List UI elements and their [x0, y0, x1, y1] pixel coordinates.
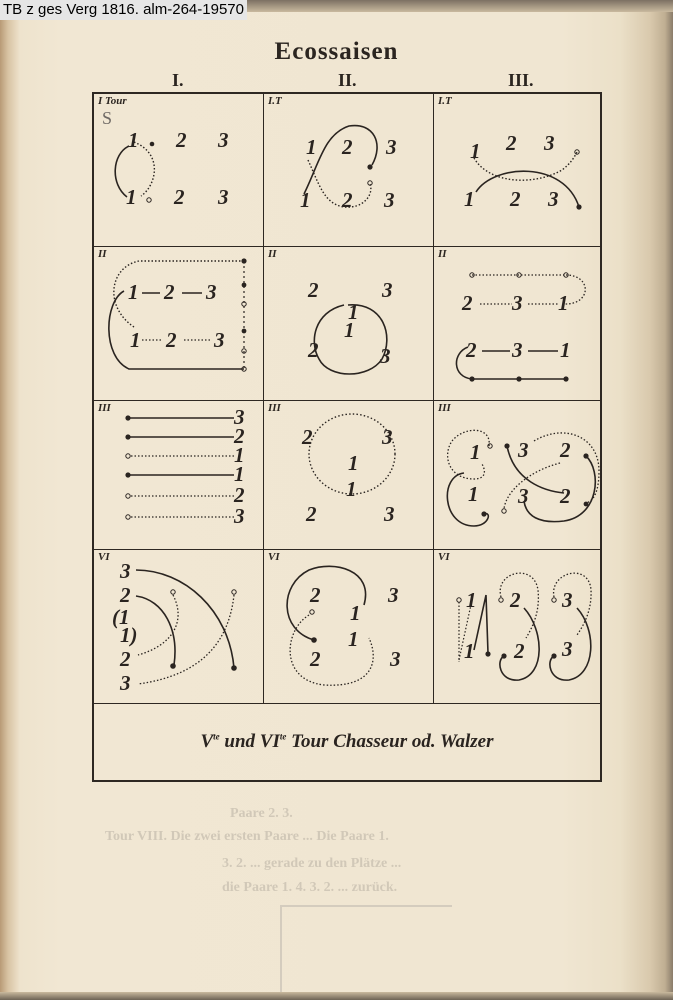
svg-text:1: 1	[130, 328, 141, 352]
figure-cell-r3c1: III 3 2 1 1 2 3	[94, 401, 264, 550]
scan-bottom-edge	[0, 992, 673, 1000]
column-header-2: II.	[338, 70, 357, 91]
svg-text:1: 1	[470, 139, 481, 163]
svg-text:2: 2	[119, 647, 131, 671]
bleed-through-line: die Paare 1. 4. 3. 2. ... zurück.	[222, 880, 397, 896]
column-header-1: I.	[172, 70, 184, 91]
dance-figure-diagram: 3 2 1 1 2 3	[94, 401, 264, 550]
figure-cell-r3c2: III 2 3 1 1 2 3	[264, 401, 434, 550]
svg-text:2: 2	[509, 588, 521, 612]
bleed-through-line: Paare 2. 3.	[230, 806, 293, 822]
dance-figure-diagram: S 1 2 3 1 2 3	[94, 94, 264, 247]
dance-figure-diagram: 2 3 1 1 2 3	[264, 550, 434, 704]
svg-text:1: 1	[350, 601, 361, 625]
svg-text:2: 2	[341, 188, 353, 212]
figure-cell-r2c2: II 2 3 1 1 2 3	[264, 247, 434, 401]
svg-text:2: 2	[461, 291, 473, 315]
svg-text:1: 1	[344, 318, 355, 342]
svg-text:2: 2	[465, 338, 477, 362]
svg-text:1: 1	[126, 185, 137, 209]
dance-figure-diagram: 1 2 3 1 2 3	[434, 550, 600, 704]
svg-text:2: 2	[173, 185, 185, 209]
svg-text:1: 1	[558, 291, 569, 315]
svg-text:1: 1	[300, 188, 311, 212]
caption-text: Vte und VIte Tour Chasseur od. Walzer	[200, 731, 493, 753]
svg-text:1): 1)	[120, 623, 138, 647]
figure-cell-r1c2: I.T 1 2 3 1 2 3	[264, 94, 434, 247]
svg-text:2: 2	[559, 484, 571, 508]
dance-figure-diagram: 3 2 (1 1) 2 3	[94, 550, 264, 704]
svg-text:1: 1	[348, 627, 359, 651]
svg-text:2: 2	[163, 280, 175, 304]
dance-figure-diagram: 2 3 1 1 2 3	[264, 247, 434, 401]
bleed-through-line: 3. 2. ... gerade zu den Plätze ...	[222, 856, 401, 872]
figure-cell-r2c1: II 1 2 3 1 2 3	[94, 247, 264, 401]
svg-text:3: 3	[205, 280, 217, 304]
stamp-mark: S	[102, 108, 112, 128]
page-title: Ecossaisen	[0, 38, 673, 66]
svg-text:1: 1	[468, 482, 479, 506]
svg-text:2: 2	[559, 438, 571, 462]
svg-text:3: 3	[385, 135, 397, 159]
image-caption: TB z ges Verg 1816. alm-264-19570	[0, 0, 247, 20]
svg-text:3: 3	[511, 291, 523, 315]
svg-text:1: 1	[128, 128, 139, 152]
bleed-through-line: Tour VIII. Die zwei ersten Paare ... Die…	[105, 829, 389, 845]
svg-text:1: 1	[466, 588, 477, 612]
svg-text:2: 2	[341, 135, 353, 159]
svg-text:3: 3	[547, 187, 559, 211]
svg-text:3: 3	[387, 583, 399, 607]
svg-text:1: 1	[306, 135, 317, 159]
svg-text:2: 2	[175, 128, 187, 152]
dance-figure-diagram: 1 2 3 1 2 3	[434, 94, 600, 247]
figure-cell-r1c3: I.T 1 2 3 1 2 3	[434, 94, 600, 247]
bleed-through-stamp	[280, 905, 452, 997]
svg-text:3: 3	[381, 278, 393, 302]
dance-figure-diagram: 2 3 1 2 3 1	[434, 247, 600, 401]
svg-text:2: 2	[509, 187, 521, 211]
svg-text:3: 3	[213, 328, 225, 352]
figure-cell-r4c2: VI 2 3 1 1 2 3	[264, 550, 434, 704]
svg-text:3: 3	[233, 504, 245, 528]
dance-figure-diagram: 1 2 3 1 2 3	[264, 94, 434, 247]
svg-text:3: 3	[543, 131, 555, 155]
svg-text:2: 2	[119, 583, 131, 607]
figure-cell-r2c3: II 2 3 1 2 3 1	[434, 247, 600, 401]
column-header-3: III.	[508, 70, 534, 91]
figure-cell-r1c1: I Tour S 1 2 3 1 2 3	[94, 94, 264, 247]
svg-text:3: 3	[217, 128, 229, 152]
figure-cell-r4c1: VI 3 2 (1 1) 2 3	[94, 550, 264, 704]
figure-grid: I Tour S 1 2 3 1 2 3 I.T 1 2 3 1 2 3	[92, 92, 602, 782]
svg-text:2: 2	[513, 639, 525, 663]
svg-text:3: 3	[381, 425, 393, 449]
svg-text:3: 3	[379, 344, 391, 368]
svg-text:2: 2	[305, 502, 317, 526]
svg-text:1: 1	[560, 338, 571, 362]
svg-text:1: 1	[348, 451, 359, 475]
svg-text:2: 2	[307, 338, 319, 362]
svg-text:2: 2	[309, 583, 321, 607]
svg-text:1: 1	[346, 477, 357, 501]
dance-figure-diagram: 2 3 1 1 2 3	[264, 401, 434, 550]
figure-caption-row: Vte und VIte Tour Chasseur od. Walzer	[94, 704, 600, 780]
svg-text:3: 3	[383, 188, 395, 212]
svg-text:3: 3	[119, 671, 131, 695]
svg-text:3: 3	[511, 338, 523, 362]
svg-text:3: 3	[383, 502, 395, 526]
figure-cell-r4c3: VI 1 2 3 1 2 3	[434, 550, 600, 704]
svg-text:3: 3	[517, 438, 529, 462]
svg-text:3: 3	[217, 185, 229, 209]
svg-text:3: 3	[389, 647, 401, 671]
svg-text:2: 2	[165, 328, 177, 352]
svg-text:2: 2	[307, 278, 319, 302]
dance-figure-diagram: 1 2 3 1 2 3	[94, 247, 264, 401]
figure-cell-r3c3: III 1 1 3 2 3 2	[434, 401, 600, 550]
dance-figure-diagram: 1 1 3 2 3 2	[434, 401, 600, 550]
svg-text:1: 1	[128, 280, 139, 304]
svg-text:1: 1	[470, 440, 481, 464]
svg-text:3: 3	[517, 484, 529, 508]
svg-text:2: 2	[505, 131, 517, 155]
svg-text:3: 3	[119, 559, 131, 583]
svg-text:1: 1	[464, 187, 475, 211]
svg-text:3: 3	[561, 637, 573, 661]
svg-text:2: 2	[301, 425, 313, 449]
svg-text:1: 1	[464, 639, 475, 663]
svg-text:2: 2	[309, 647, 321, 671]
svg-text:3: 3	[561, 588, 573, 612]
